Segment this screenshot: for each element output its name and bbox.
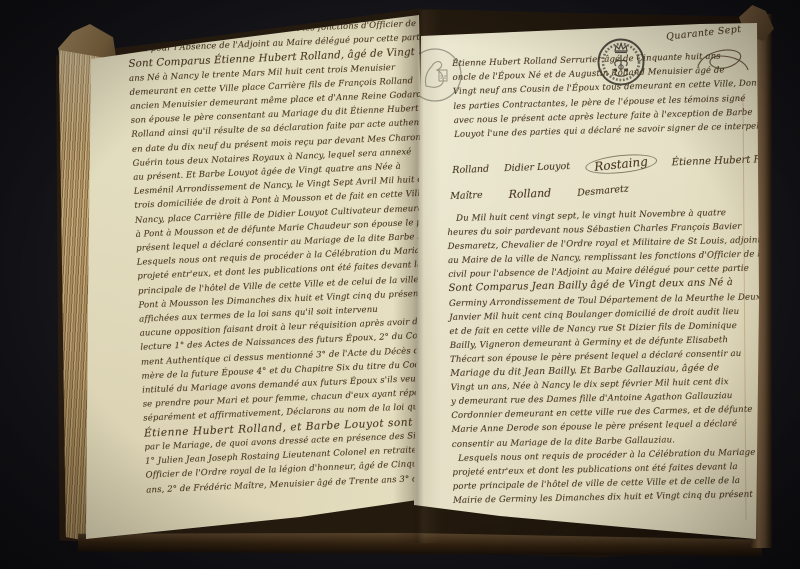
signature: Rostaing	[584, 151, 657, 176]
signature: Rolland	[452, 163, 489, 175]
scanned-register-photo: Maire de la Ville de Nancy remplissant l…	[0, 0, 800, 569]
signature: Desmaretz	[577, 183, 630, 198]
signature-row-2: MaîtreRollandDesmaretz	[450, 184, 629, 203]
signature: Didier Louyot	[504, 160, 570, 173]
right-page-act2-text: Du Mil huit cent vingt sept, le vingt hu…	[447, 206, 763, 508]
signature: Maître	[450, 190, 483, 202]
folio-number: Quarante Sept	[666, 22, 757, 42]
svg-text:I.F: I.F	[440, 75, 448, 81]
left-page-text: Maire de la Ville de Nancy remplissant l…	[127, 17, 440, 498]
signature: Étienne Hubert Rolland	[671, 153, 792, 168]
signature: Rolland	[508, 186, 551, 200]
signature-row-1: RollandDidier LouyotRostaingÉtienne Hube…	[452, 149, 793, 179]
right-page-act1-text: Étienne Hubert Rolland Serrurier âgé de …	[452, 48, 760, 142]
